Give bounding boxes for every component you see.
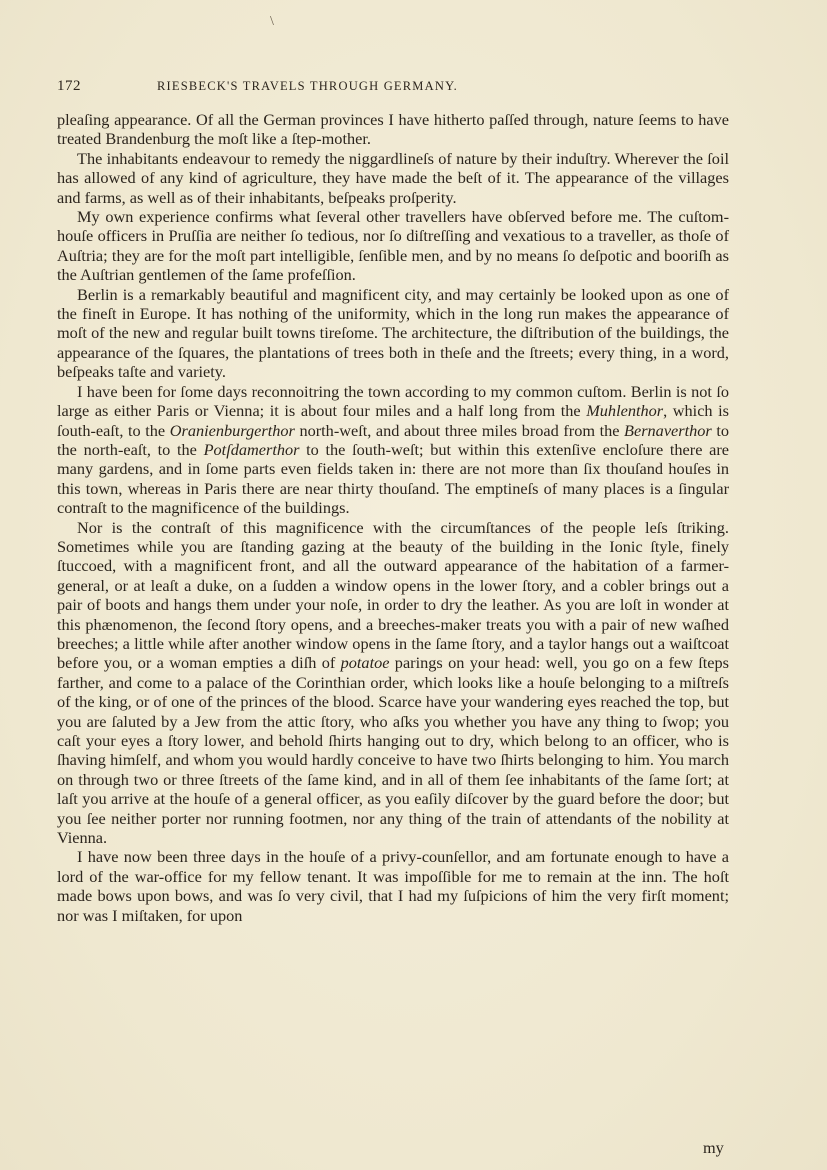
italic-place-name: Bernaverthor — [624, 421, 712, 440]
body-text: pleaſing appearance. Of all the German p… — [57, 110, 729, 925]
scan-mark: \ — [270, 14, 274, 30]
paragraph: I have now been three days in the houſe … — [57, 847, 729, 925]
book-page: \ 172 RIESBECK'S TRAVELS THROUGH GERMANY… — [0, 0, 827, 1170]
page-number: 172 — [57, 78, 81, 95]
paragraph: My own experience confirms what ſeveral … — [57, 207, 729, 285]
paragraph: The inhabitants endeavour to remedy the … — [57, 149, 729, 207]
catchword: my — [703, 1138, 724, 1158]
italic-place-name: Potſdamerthor — [204, 440, 300, 459]
italic-place-name: Oranienburgerthor — [170, 421, 295, 440]
paragraph: Nor is the contraſt of this magnificence… — [57, 518, 729, 848]
italic-word: potatoe — [341, 653, 390, 672]
paragraph: pleaſing appearance. Of all the German p… — [57, 110, 729, 149]
italic-place-name: Muhlenthor — [586, 401, 663, 420]
running-title: RIESBECK'S TRAVELS THROUGH GERMANY. — [157, 79, 458, 94]
paragraph: Berlin is a remarkably beautiful and mag… — [57, 285, 729, 382]
paragraph: I have been for ſome days reconnoitring … — [57, 382, 729, 518]
running-head: 172 RIESBECK'S TRAVELS THROUGH GERMANY. — [57, 78, 717, 100]
